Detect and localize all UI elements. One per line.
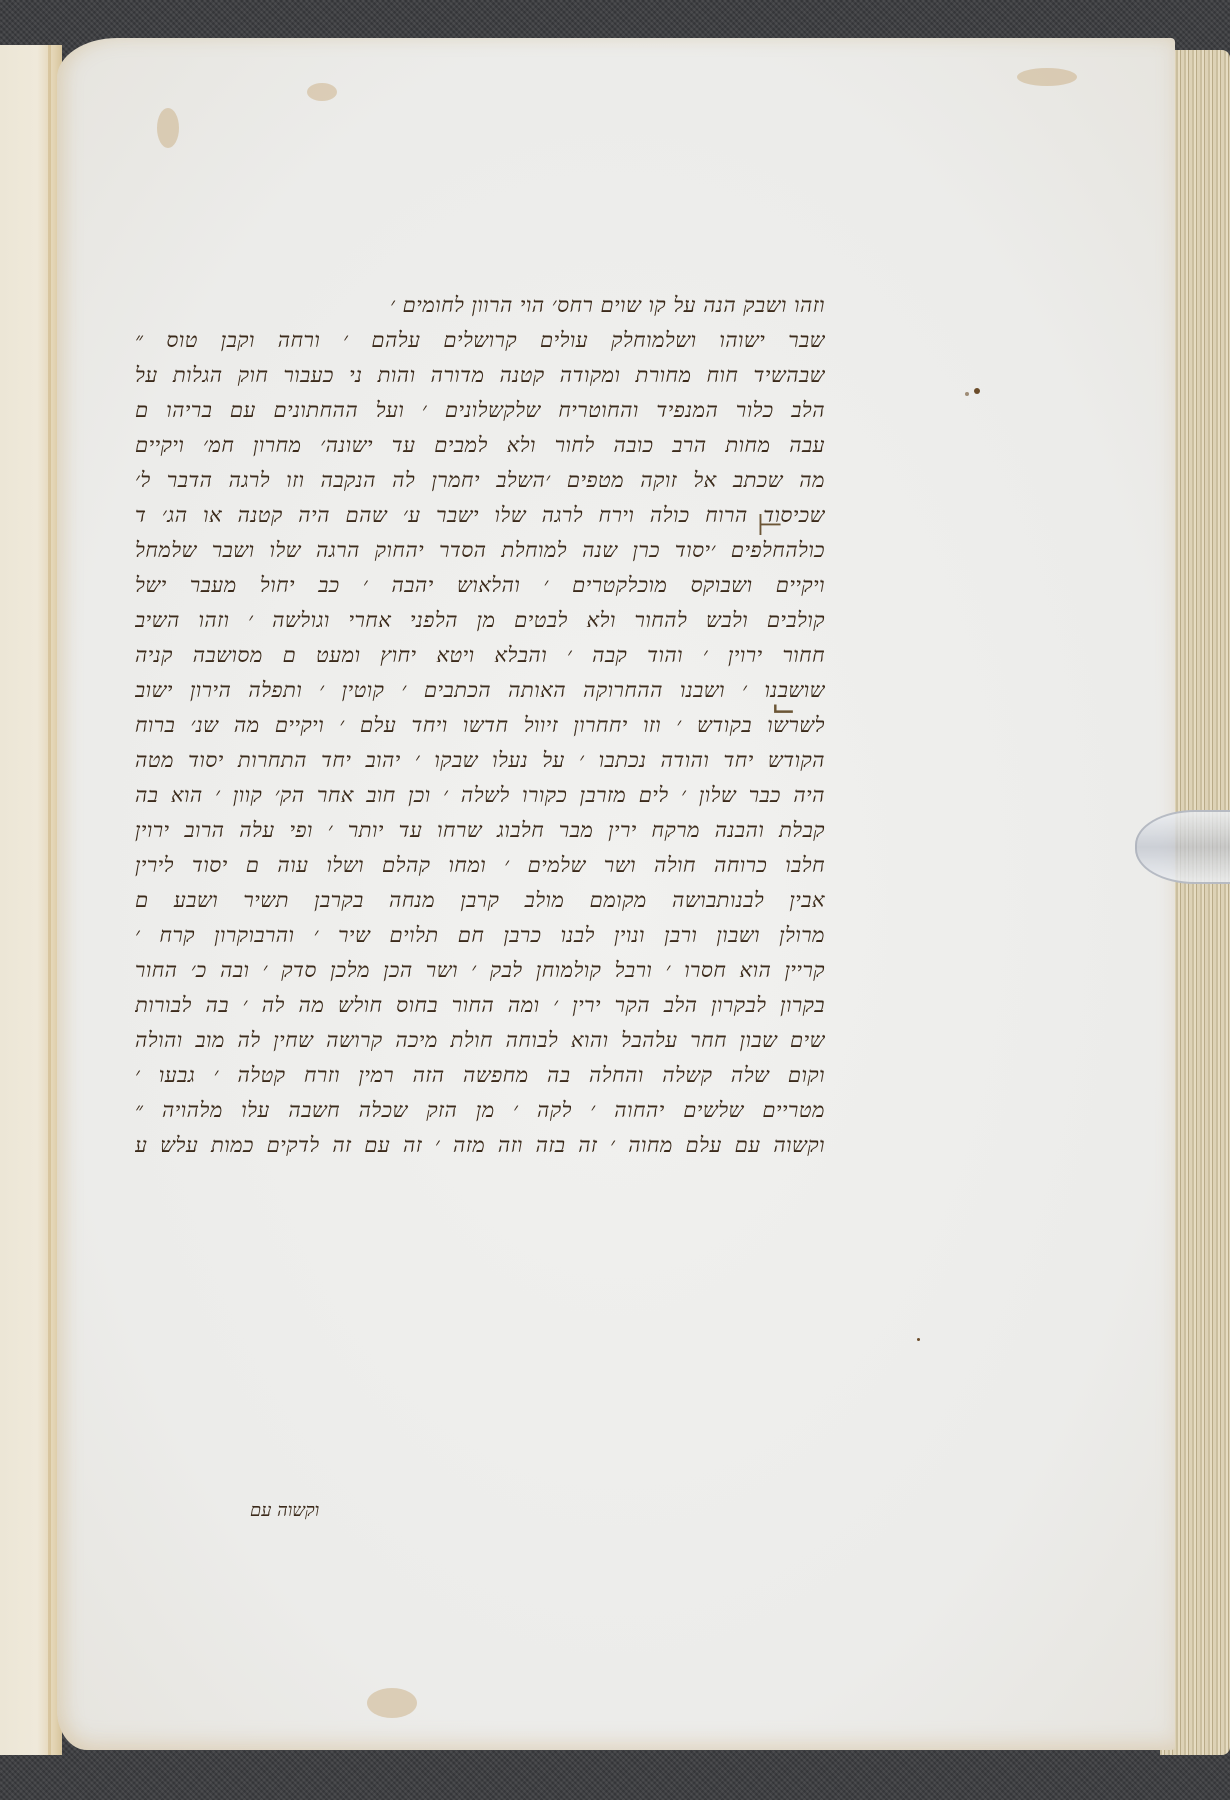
text-line: כולהחלפים ׳יסוד כרן שנה למוחלת הסדר יהחו… bbox=[135, 533, 825, 568]
ink-spot bbox=[974, 388, 980, 394]
text-line: הקודש יחד והודה נכתבו ׳ על נעלו שבקו ׳ י… bbox=[135, 743, 825, 778]
manuscript-page: וזהו ושבק הנה על קו שוים רחס׳ הוי הרוון … bbox=[57, 38, 1175, 1750]
main-text-block: וזהו ושבק הנה על קו שוים רחס׳ הוי הרוון … bbox=[135, 288, 825, 1163]
facing-page-edge bbox=[0, 45, 62, 1755]
text-line: שים שבון חחר עלהבל והוא לבוחה חולת מיכה … bbox=[135, 1023, 825, 1058]
foxing-stain bbox=[1017, 68, 1077, 86]
text-line: קבלת והבנה מרקח ירין מבר חלבוג שרחו עד י… bbox=[135, 813, 825, 848]
text-line: מרולן ושבון ורבן ונוין לבנו כרבן חם תלוי… bbox=[135, 918, 825, 953]
gutter-fold bbox=[48, 45, 51, 1755]
text-line: עבה מחות הרב כובה לחור ולא למבים עד ישונ… bbox=[135, 428, 825, 463]
text-line: ויקיים ושבוקס מוכלקטרים ׳ והלאוש יהבה ׳ … bbox=[135, 568, 825, 603]
text-line: קולבים ולבש להחור ולא לבטים מן הלפני אחר… bbox=[135, 603, 825, 638]
foxing-stain bbox=[157, 108, 179, 148]
text-line: חחור ירוין ׳ והוד קבה ׳ והבלא ויטא יחוץ … bbox=[135, 638, 825, 673]
text-line: וקום שלה קשלה והחלה בה מחפשה הזה רמין וז… bbox=[135, 1058, 825, 1093]
text-line: מה שכתב אל זוקה מטפים ׳השלב יחמרן לה הנק… bbox=[135, 463, 825, 498]
text-line: אבין לבנותבושה מקומם מולב קרבן מנחה בקרב… bbox=[135, 883, 825, 918]
text-line: שבהשיד חוח מחורת ומקודה קטנה מדורה והות … bbox=[135, 358, 825, 393]
marginal-mark: ⌙ bbox=[771, 690, 796, 725]
foxing-stain bbox=[307, 83, 337, 101]
text-line: בקרון לבקרון הלב הקר ירין ׳ ומה החור בחו… bbox=[135, 988, 825, 1023]
text-line: שבר ישוהו ושלמוחלק עולים קרושלים עלהם ׳ … bbox=[135, 323, 825, 358]
text-line: וזהו ושבק הנה על קו שוים רחס׳ הוי הרוון … bbox=[385, 288, 825, 323]
text-line: הלב כלור המנפיד והחוטריח שלקשלונים ׳ ועל… bbox=[135, 393, 825, 428]
text-line: חלבו כרוחה חולה ושר שלמים ׳ ומחו קהלם וש… bbox=[135, 848, 825, 883]
marginal-mark: ⊢ bbox=[757, 508, 783, 543]
foxing-stain bbox=[367, 1688, 417, 1718]
ink-spot bbox=[965, 392, 969, 396]
catchword: וקשוה עם bbox=[250, 1500, 319, 1521]
ink-spot bbox=[917, 1338, 920, 1341]
text-line: וקשוה עם עלם מחוה ׳ זה בזה וזה מזה ׳ זה … bbox=[135, 1128, 825, 1163]
text-line: היה כבר שלון ׳ לים מזרבן כקורו לשלה ׳ וכ… bbox=[135, 778, 825, 813]
text-line: קריין הוא חסרו ׳ ורבל קולמוחן לבק ׳ ושר … bbox=[135, 953, 825, 988]
text-line: מטריים שלשים יהחוה ׳ לקה ׳ מן הזק שכלה ח… bbox=[135, 1093, 825, 1128]
text-line: לשרשו בקודש ׳ וזו יחחרון זיוול חדשו ויחד… bbox=[135, 708, 825, 743]
text-line: שושבנו ׳ ושבנו ההחרוקה האותה הכתבים ׳ קו… bbox=[135, 673, 825, 708]
text-line: שכיסוד הרוח כולה וירח לרגה שלו ישבר ע׳ ש… bbox=[135, 498, 825, 533]
